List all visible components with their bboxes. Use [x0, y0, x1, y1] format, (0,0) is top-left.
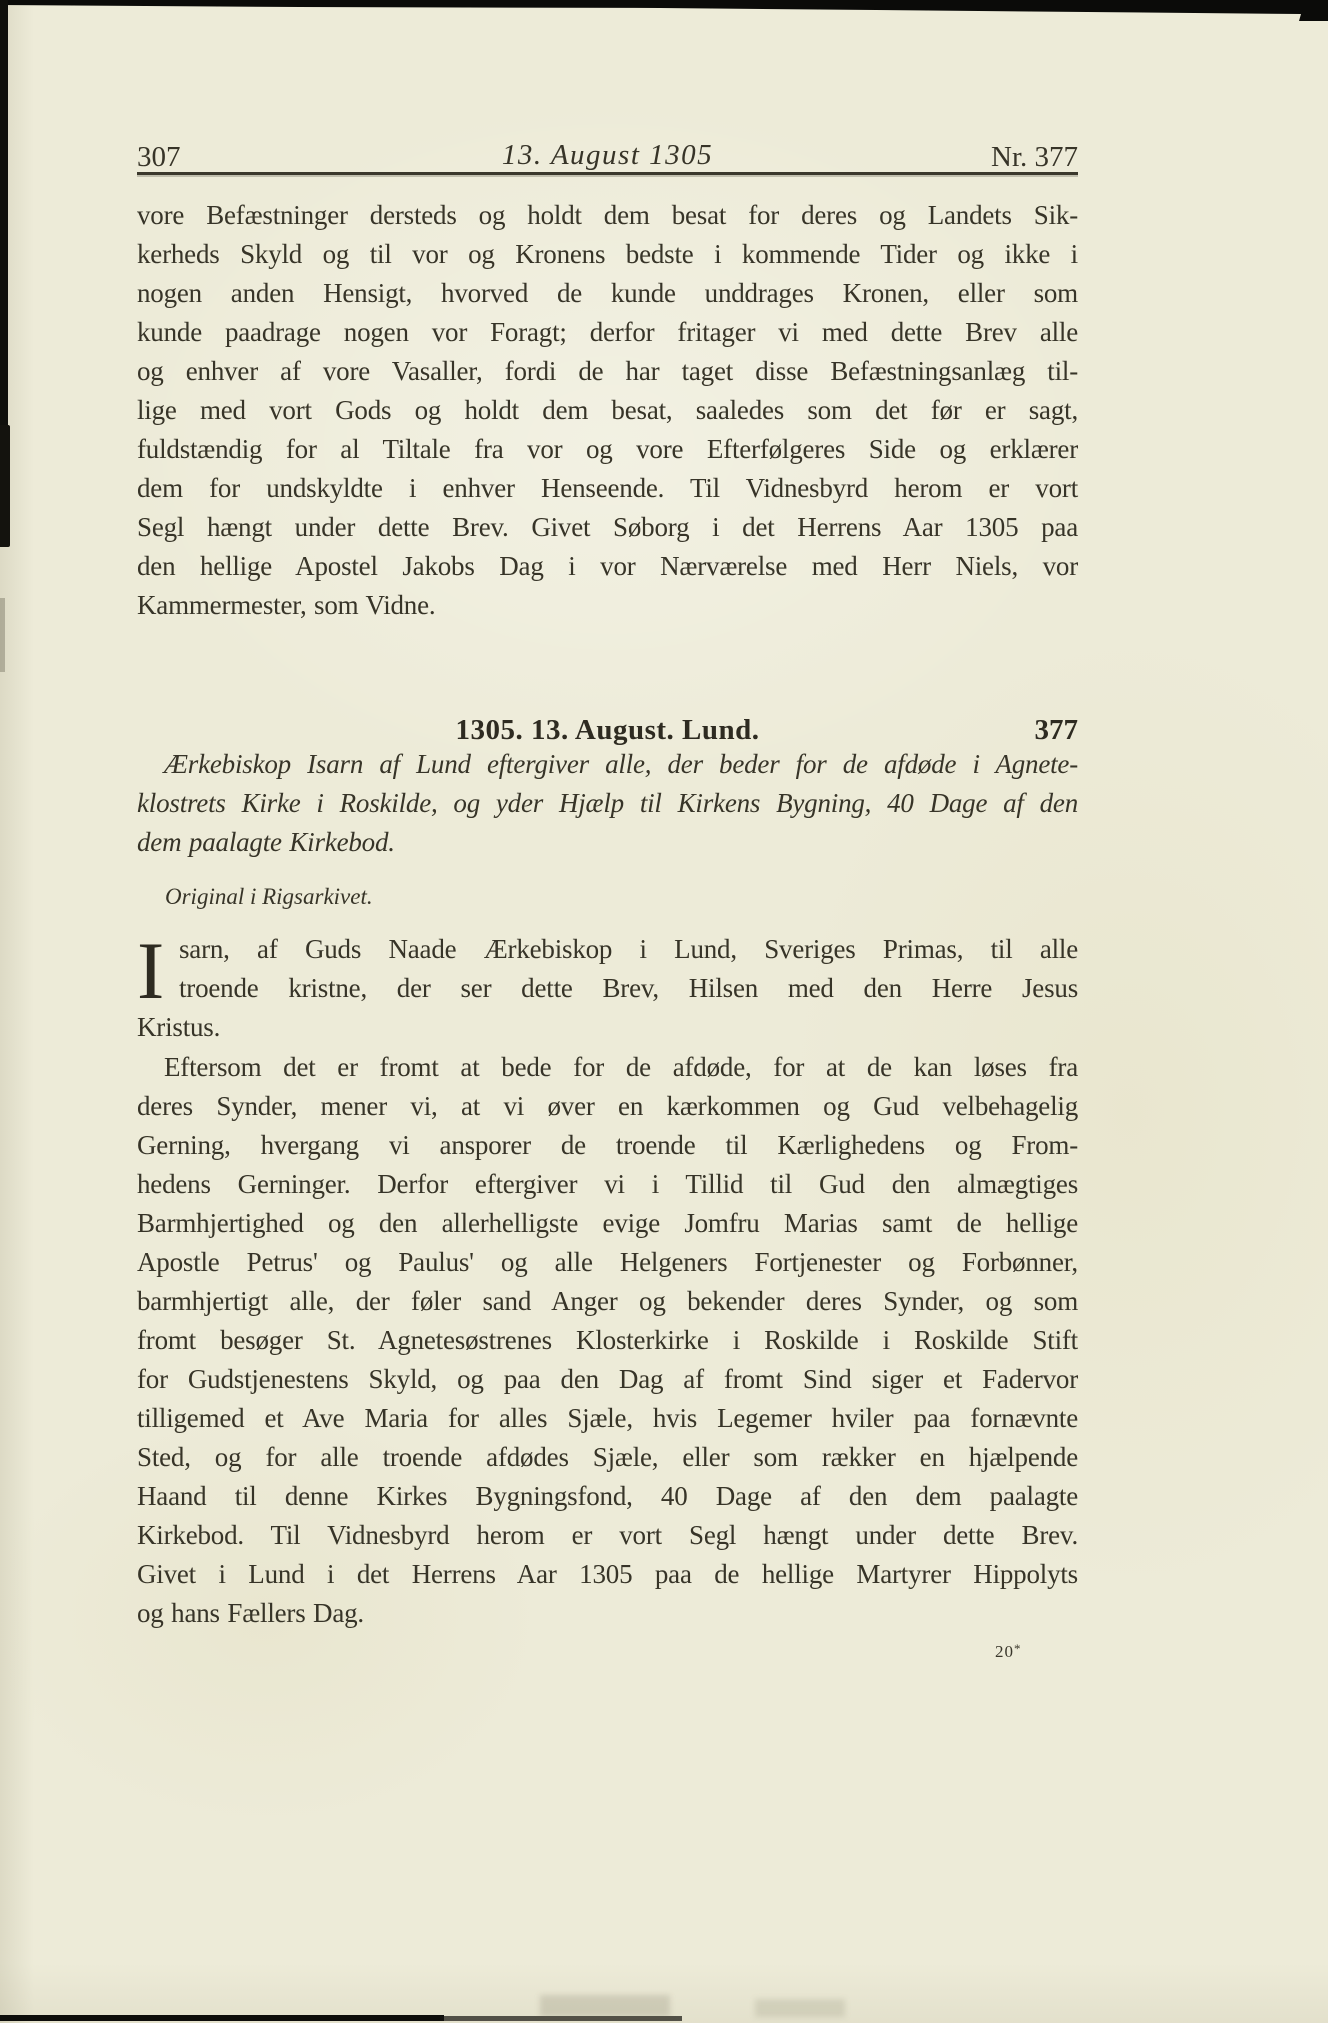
scan-edge-left	[0, 0, 8, 432]
entry-heading-date: 1305. 13. August. Lund.	[137, 714, 1078, 747]
text-line: hedens Gerninger. Derfor eftergiver vi i…	[137, 1165, 1078, 1204]
header-rule	[137, 172, 1078, 175]
text-line: lige med vort Gods og holdt dem besat, s…	[137, 391, 1078, 430]
entry-heading-number: 377	[1035, 714, 1079, 747]
document-number: Nr. 377	[991, 141, 1078, 174]
text-line: vore Befæstninger dersteds og holdt dem …	[137, 196, 1078, 235]
text-line: Kammermester, som Vidne.	[137, 586, 1078, 625]
scanned-book-page: 307 13. August 1305 Nr. 377 vore Befæstn…	[0, 0, 1328, 2023]
text-line: klostrets Kirke i Roskilde, og yder Hjæl…	[137, 784, 1078, 823]
text-line: sarn, af Guds Naade Ærkebiskop i Lund, S…	[137, 930, 1078, 969]
text-line: Apostle Petrus' og Paulus' og alle Helge…	[137, 1243, 1078, 1282]
text-line: Segl hængt under dette Brev. Givet Søbor…	[137, 508, 1078, 547]
letter-opening: I sarn, af Guds Naade Ærkebiskop i Lund,…	[137, 930, 1078, 1047]
text-line: Gerning, hvergang vi ansporer de troende…	[137, 1126, 1078, 1165]
signature-number: 20	[995, 1642, 1014, 1661]
scan-edge-bottom	[0, 2015, 444, 2021]
text-line: fromt besøger St. Agnetesøstrenes Kloste…	[137, 1321, 1078, 1360]
text-line: og hans Fællers Dag.	[137, 1594, 1078, 1633]
text-line: kunde paadrage nogen vor Foragt; derfor …	[137, 313, 1078, 352]
letter-body: Eftersom det er fromt at bede for de afd…	[137, 1048, 1078, 1633]
drop-cap: I	[137, 933, 164, 1009]
text-line: Kirkebod. Til Vidnesbyrd herom er vort S…	[137, 1516, 1078, 1555]
running-title: 13. August 1305	[137, 139, 1078, 172]
scan-edge-left-faint	[0, 598, 5, 672]
text-line: Barmhjertighed og den allerhelligste evi…	[137, 1204, 1078, 1243]
scan-smudge	[540, 1995, 670, 2017]
text-line: Haand til denne Kirkes Bygningsfond, 40 …	[137, 1477, 1078, 1516]
text-line: fuldstændig for al Tiltale fra vor og vo…	[137, 430, 1078, 469]
entry-summary: Ærkebiskop Isarn af Lund eftergiver alle…	[137, 745, 1078, 862]
text-line: dem paalagte Kirkebod.	[137, 823, 1078, 862]
text-line: og enhver af vore Vasaller, fordi de har…	[137, 352, 1078, 391]
text-line: Givet i Lund i det Herrens Aar 1305 paa …	[137, 1555, 1078, 1594]
text-line: for Gudstjenestens Skyld, og paa den Dag…	[137, 1360, 1078, 1399]
text-line: Sted, og for alle troende afdødes Sjæle,…	[137, 1438, 1078, 1477]
text-line: deres Synder, mener vi, at vi øver en kæ…	[137, 1087, 1078, 1126]
text-line: kerheds Skyld og til vor og Kronens beds…	[137, 235, 1078, 274]
printer-signature-mark: 20*	[995, 1641, 1022, 1662]
scan-edge-top	[0, 0, 1328, 22]
scan-smudge	[755, 1999, 845, 2017]
text-line: dem for undskyldte i enhver Henseende. T…	[137, 469, 1078, 508]
text-line: tilligemed et Ave Maria for alles Sjæle,…	[137, 1399, 1078, 1438]
text-line: troende kristne, der ser dette Brev, Hil…	[137, 969, 1078, 1008]
text-line: Ærkebiskop Isarn af Lund eftergiver alle…	[137, 745, 1078, 784]
scan-edge-left-blob	[0, 425, 10, 547]
continuation-paragraph: vore Befæstninger dersteds og holdt dem …	[137, 196, 1078, 625]
text-line: barmhjertigt alle, der føler sand Anger …	[137, 1282, 1078, 1321]
text-line: den hellige Apostel Jakobs Dag i vor Nær…	[137, 547, 1078, 586]
entry-heading: 1305. 13. August. Lund. 377	[137, 714, 1078, 748]
source-note: Original i Rigsarkivet.	[165, 884, 373, 910]
text-line: Eftersom det er fromt at bede for de afd…	[137, 1048, 1078, 1087]
text-line: Kristus.	[137, 1008, 1078, 1047]
signature-star: *	[1014, 1641, 1022, 1656]
text-line: nogen anden Hensigt, hvorved de kunde un…	[137, 274, 1078, 313]
